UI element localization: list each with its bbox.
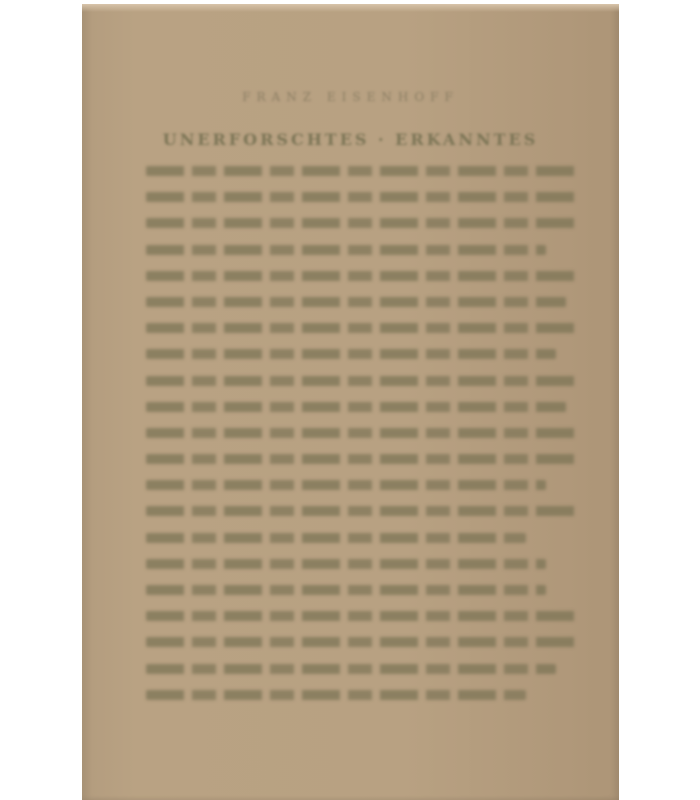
text-line [146, 323, 576, 333]
text-line [146, 271, 576, 281]
author-line: FRANZ EISENHOFF [82, 90, 619, 104]
text-line [146, 166, 576, 176]
text-line [146, 376, 576, 386]
text-line [146, 402, 566, 412]
text-line [146, 245, 546, 255]
text-line [146, 664, 556, 674]
text-line [146, 637, 576, 647]
text-line [146, 454, 576, 464]
text-line [146, 480, 546, 490]
text-line [146, 428, 576, 438]
text-line [146, 297, 566, 307]
body-text-illegible [146, 166, 576, 716]
text-line [146, 533, 526, 543]
title-line: UNERFORSCHTES · ERKANNTES [82, 130, 619, 149]
book-page: FRANZ EISENHOFF UNERFORSCHTES · ERKANNTE… [82, 4, 619, 800]
text-line [146, 585, 546, 595]
text-line [146, 559, 546, 569]
text-line [146, 611, 576, 621]
text-line [146, 192, 576, 202]
text-line [146, 506, 576, 516]
text-line [146, 349, 556, 359]
text-line [146, 218, 576, 228]
text-line [146, 690, 526, 700]
